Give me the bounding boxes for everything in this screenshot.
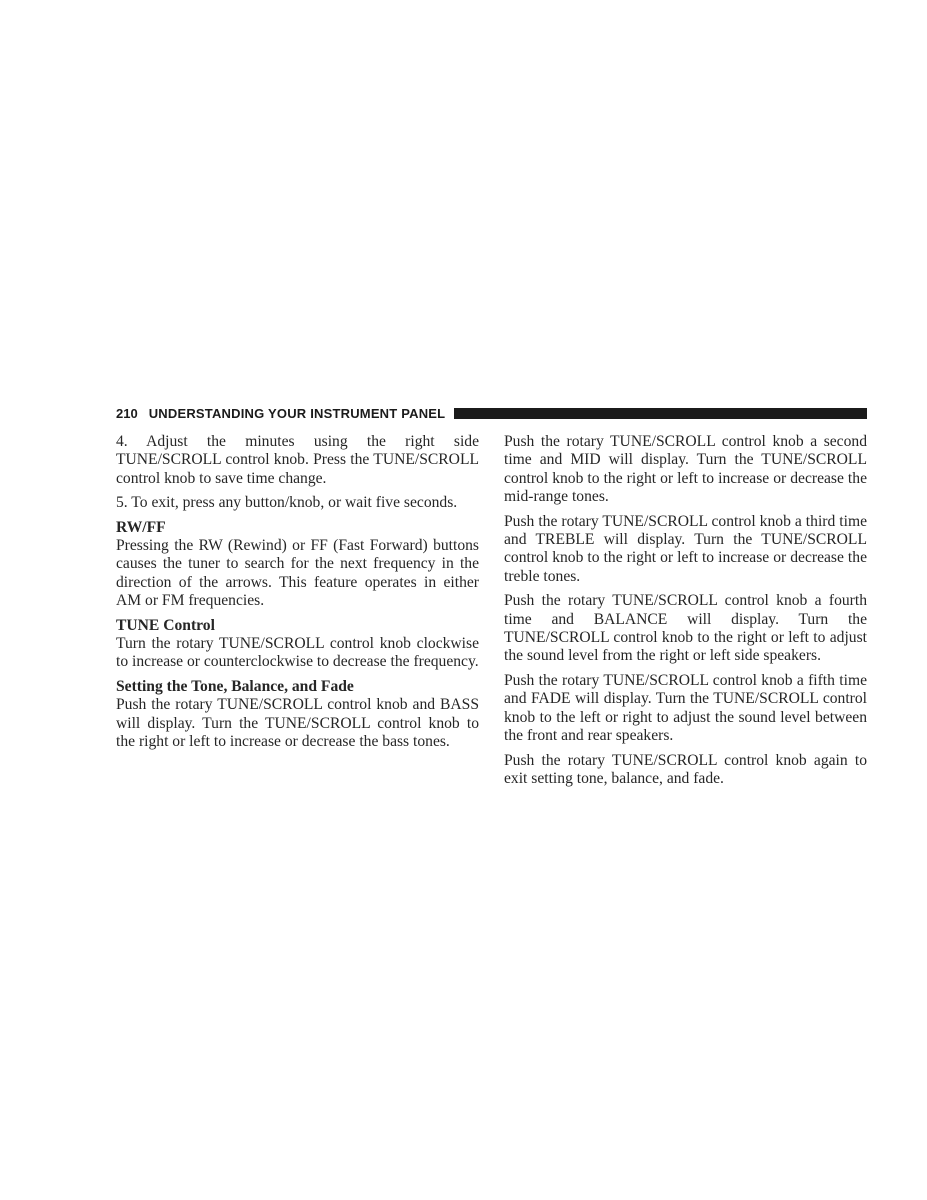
text-columns: 4. Adjust the minutes using the right si… bbox=[116, 433, 867, 794]
paragraph: Push the rotary TUNE/SCROLL control knob… bbox=[504, 592, 867, 666]
page-title: UNDERSTANDING YOUR INSTRUMENT PANEL bbox=[149, 406, 446, 421]
paragraph: Push the rotary TUNE/SCROLL control knob… bbox=[504, 672, 867, 746]
list-item: 5. To exit, press any button/knob, or wa… bbox=[116, 494, 479, 512]
right-column: Push the rotary TUNE/SCROLL control knob… bbox=[504, 433, 867, 794]
left-column: 4. Adjust the minutes using the right si… bbox=[116, 433, 479, 794]
paragraph: Push the rotary TUNE/SCROLL control knob… bbox=[504, 433, 867, 507]
page-header: 210 UNDERSTANDING YOUR INSTRUMENT PANEL bbox=[116, 406, 867, 421]
section-heading-tune-control: TUNE Control bbox=[116, 617, 479, 635]
page-number: 210 bbox=[116, 406, 138, 421]
section-body-tone-balance-fade: Push the rotary TUNE/SCROLL control knob… bbox=[116, 696, 479, 751]
section-heading-tone-balance-fade: Setting the Tone, Balance, and Fade bbox=[116, 678, 479, 696]
paragraph: Push the rotary TUNE/SCROLL control knob… bbox=[504, 752, 867, 789]
list-item: 4. Adjust the minutes using the right si… bbox=[116, 433, 479, 488]
manual-page: 210 UNDERSTANDING YOUR INSTRUMENT PANEL … bbox=[0, 0, 927, 1200]
section-body-tune-control: Turn the rotary TUNE/SCROLL control knob… bbox=[116, 635, 479, 672]
paragraph: Push the rotary TUNE/SCROLL control knob… bbox=[504, 513, 867, 587]
header-rule bbox=[454, 408, 867, 419]
section-body-rw-ff: Pressing the RW (Rewind) or FF (Fast For… bbox=[116, 537, 479, 611]
section-heading-rw-ff: RW/FF bbox=[116, 519, 479, 537]
